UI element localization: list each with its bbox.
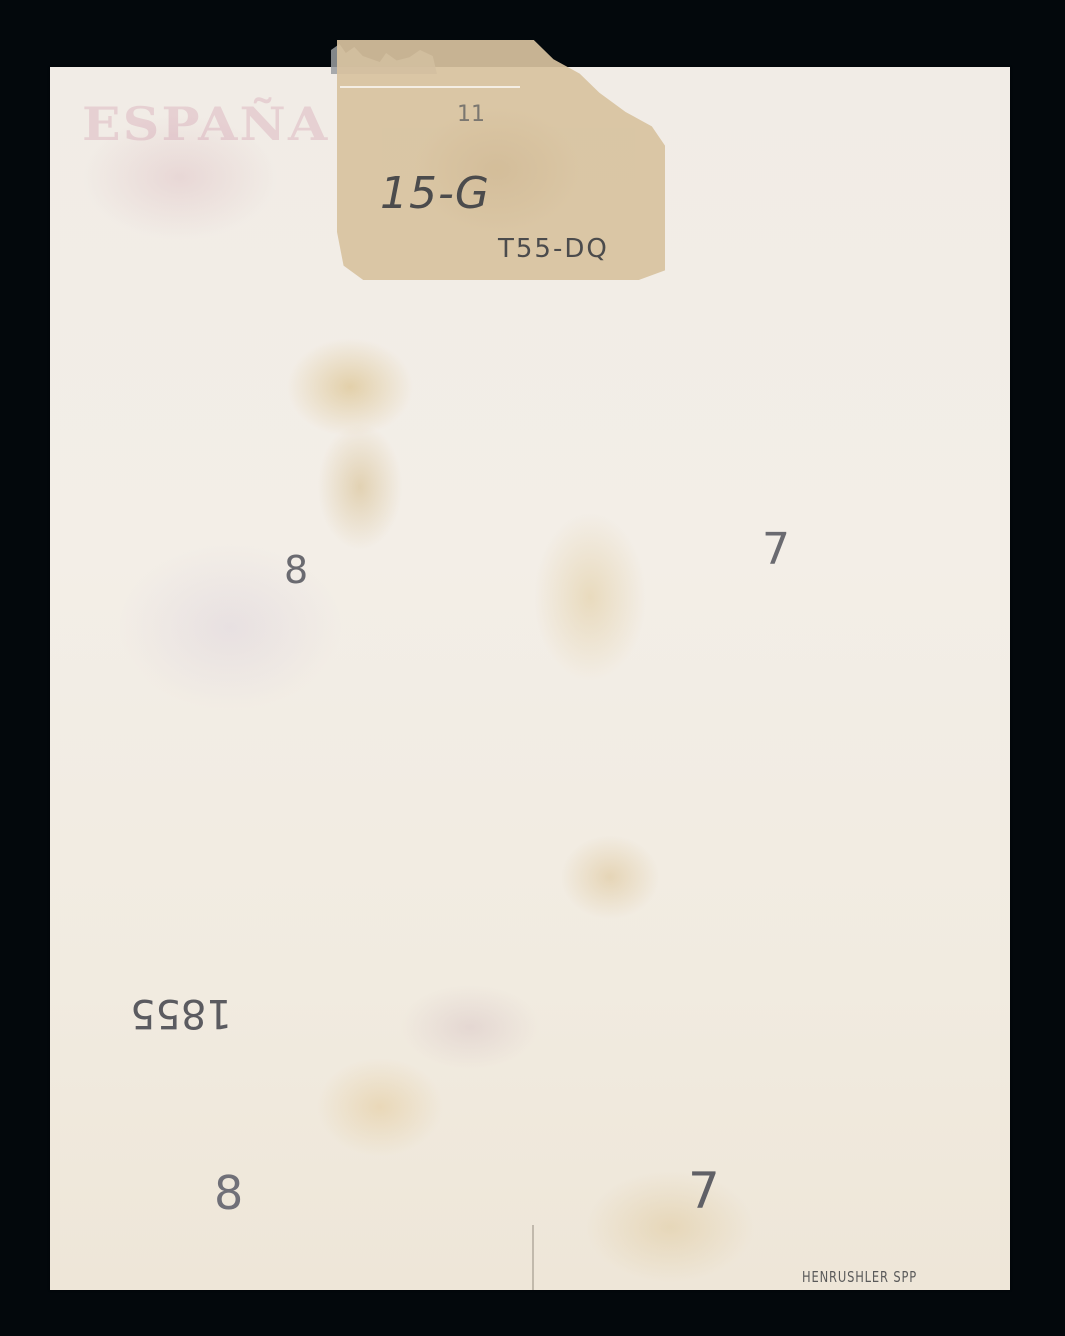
pencil-year-rotated: 1855: [130, 990, 232, 1036]
expert-signature-stamp: HENRUSHLER SPP: [802, 1268, 917, 1286]
catalog-note: 15-G: [380, 168, 490, 219]
hinge-fold-line: [340, 86, 520, 88]
paper-crease: [532, 1225, 534, 1290]
hinge-tiny-mark: 11: [457, 102, 485, 127]
pencil-number-top-right: 7: [762, 524, 790, 575]
show-through-print: ESPAÑA: [82, 97, 329, 151]
code-note: T55-DQ: [498, 234, 609, 264]
pencil-number-bottom-left: 8: [214, 1166, 243, 1220]
pencil-number-bottom-right: 7: [688, 1162, 720, 1220]
pencil-number-top-left: 8: [284, 548, 308, 592]
